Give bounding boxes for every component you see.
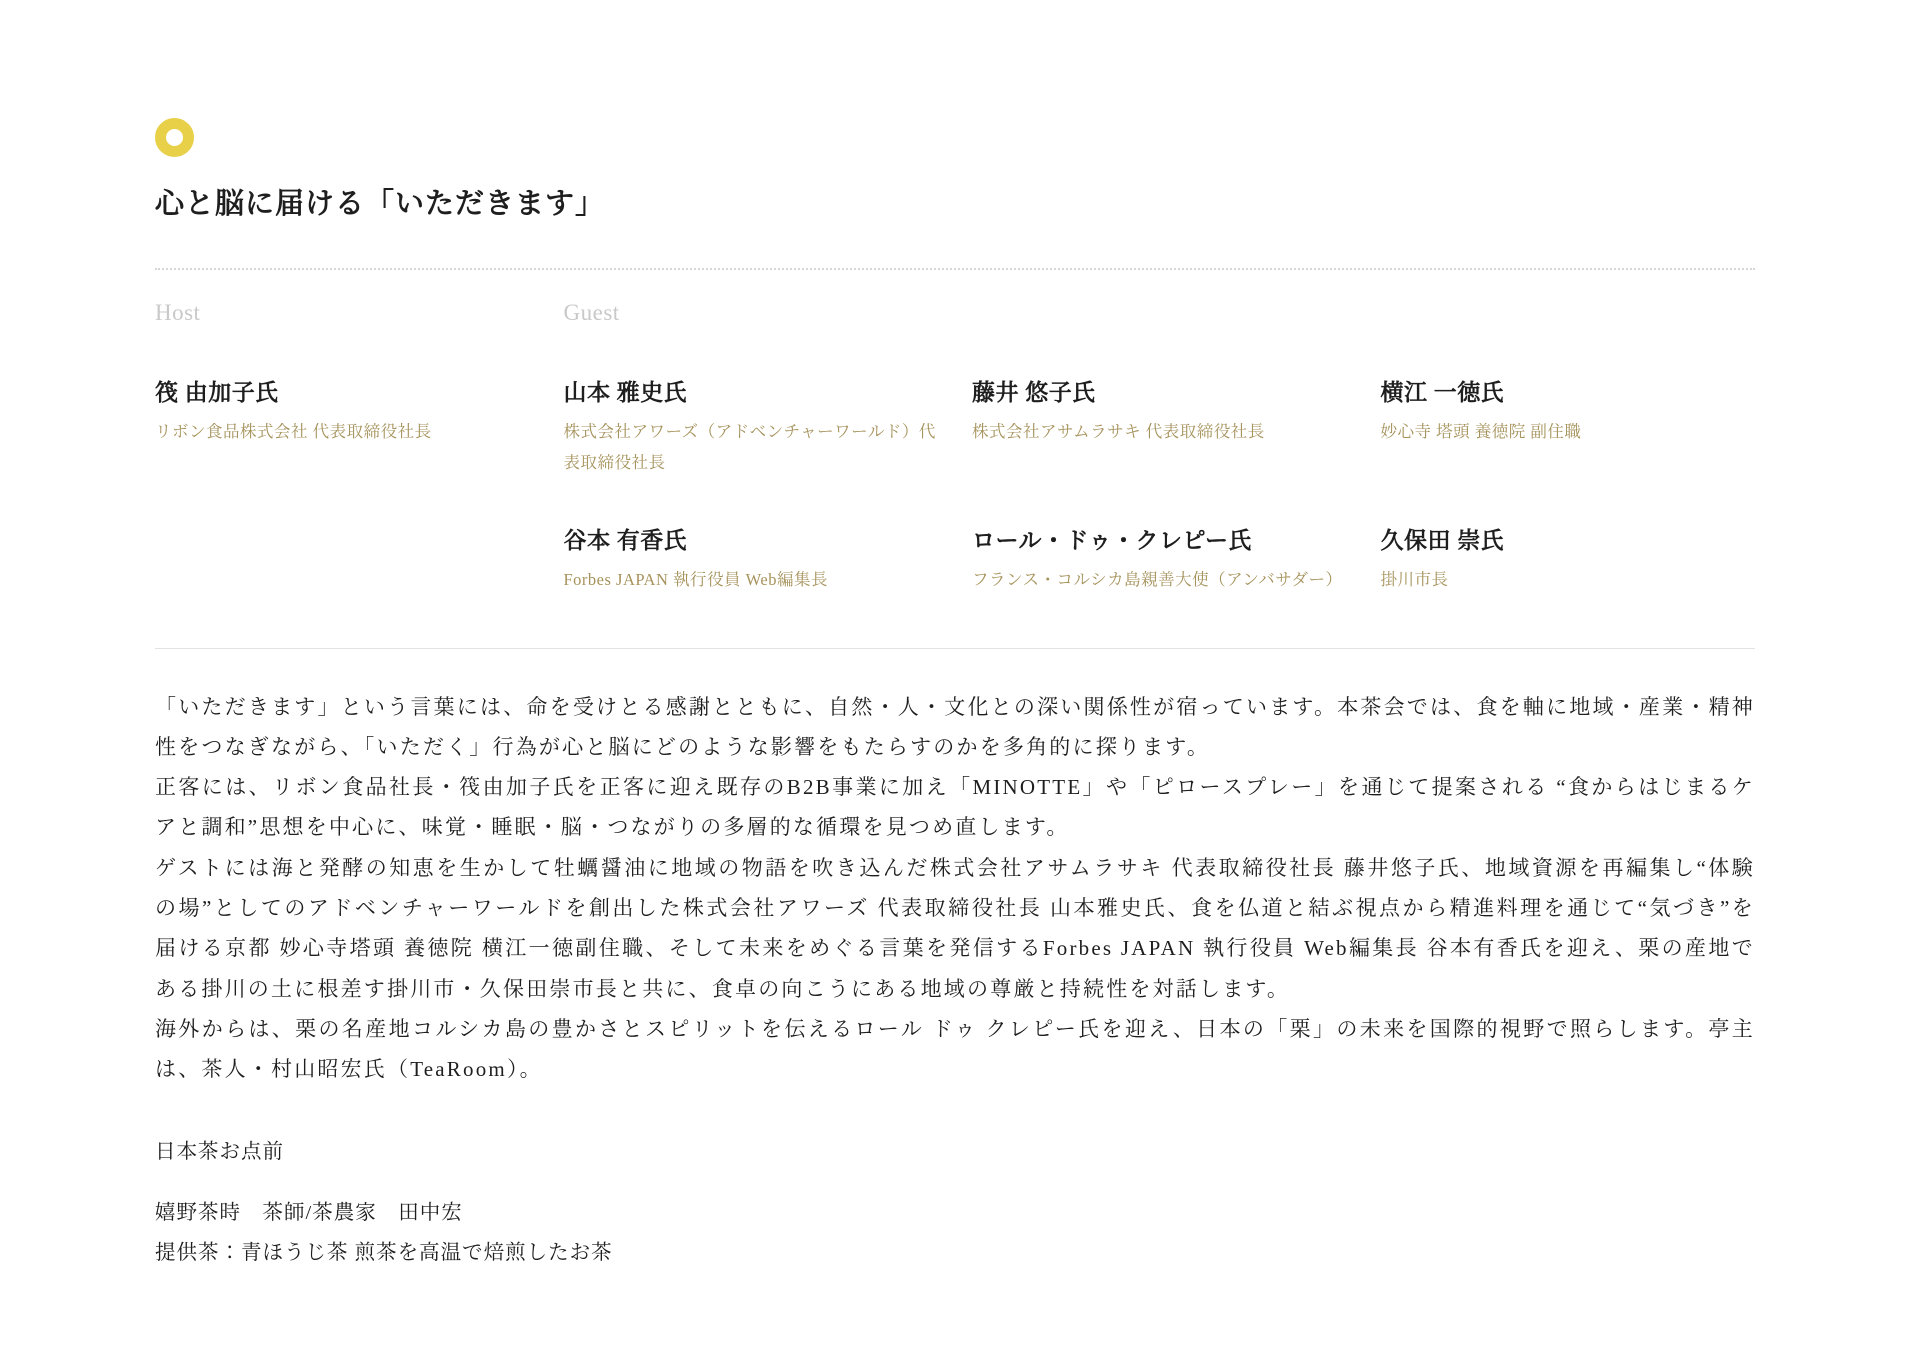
guest-card: 藤井 悠子氏 株式会社アサムラサキ 代表取締役社長 <box>972 374 1347 478</box>
description-paragraph: 海外からは、栗の名産地コルシカ島の豊かさとスピリットを伝えるロール ドゥ クレピ… <box>155 1009 1755 1090</box>
description-paragraph: ゲストには海と発酵の知恵を生かして牡蠣醤油に地域の物語を吹き込んだ株式会社アサム… <box>155 848 1755 1009</box>
page-title: 心と脳に届ける「いただきます」 <box>155 181 1755 222</box>
person-title: 掛川市長 <box>1381 565 1756 596</box>
solid-divider <box>155 648 1755 649</box>
person-name: 山本 雅史氏 <box>564 374 939 407</box>
person-title: リボン食品株式会社 代表取締役社長 <box>155 417 530 448</box>
host-card: 筏 由加子氏 リボン食品株式会社 代表取締役社長 <box>155 374 530 478</box>
guest-card: ロール・ドゥ・クレピー氏 フランス・コルシカ島親善大使（アンバサダー） <box>972 522 1347 596</box>
guest-card: 谷本 有香氏 Forbes JAPAN 執行役員 Web編集長 <box>564 522 939 596</box>
page: 心と脳に届ける「いただきます」 Host Guest 筏 由加子氏 リボン食品株… <box>0 0 1908 1348</box>
guest-card: 久保田 崇氏 掛川市長 <box>1381 522 1756 596</box>
description-paragraph: 正客には、リボン食品社長・筏由加子氏を正客に迎え既存のB2B事業に加え「MINO… <box>155 767 1755 848</box>
person-name: 藤井 悠子氏 <box>972 374 1347 407</box>
person-name: ロール・ドゥ・クレピー氏 <box>972 522 1347 555</box>
host-column-label: Host <box>155 300 530 326</box>
person-name: 筏 由加子氏 <box>155 374 530 407</box>
guest-card: 横江 一徳氏 妙心寺 塔頭 養徳院 副住職 <box>1381 374 1756 478</box>
person-name: 久保田 崇氏 <box>1381 522 1756 555</box>
people-grid: Host Guest 筏 由加子氏 リボン食品株式会社 代表取締役社長 山本 雅… <box>155 300 1755 596</box>
content-area: 心と脳に届ける「いただきます」 Host Guest 筏 由加子氏 リボン食品株… <box>0 0 1908 1274</box>
tea-master-line: 嬉野茶時 茶師/茶農家 田中宏 <box>155 1194 1755 1234</box>
accent-ring-icon <box>155 118 194 157</box>
person-title: Forbes JAPAN 執行役員 Web編集長 <box>564 565 939 596</box>
person-title: 株式会社アサムラサキ 代表取締役社長 <box>972 417 1347 448</box>
guest-column-label: Guest <box>564 300 939 326</box>
person-title: 株式会社アワーズ（アドベンチャーワールド）代表取締役社長 <box>564 417 939 478</box>
tea-section-heading: 日本茶お点前 <box>155 1134 1755 1164</box>
person-title: フランス・コルシカ島親善大使（アンバサダー） <box>972 565 1347 596</box>
dotted-divider <box>155 268 1755 270</box>
description-paragraph: 「いただきます」という言葉には、命を受けとる感謝とともに、自然・人・文化との深い… <box>155 687 1755 768</box>
event-description: 「いただきます」という言葉には、命を受けとる感謝とともに、自然・人・文化との深い… <box>155 687 1755 1090</box>
tea-offering-line: 提供茶：青ほうじ茶 煎茶を高温で焙煎したお茶 <box>155 1234 1755 1274</box>
person-title: 妙心寺 塔頭 養徳院 副住職 <box>1381 417 1756 448</box>
person-name: 横江 一徳氏 <box>1381 374 1756 407</box>
guest-card: 山本 雅史氏 株式会社アワーズ（アドベンチャーワールド）代表取締役社長 <box>564 374 939 478</box>
person-name: 谷本 有香氏 <box>564 522 939 555</box>
tea-ceremony-section: 日本茶お点前 嬉野茶時 茶師/茶農家 田中宏 提供茶：青ほうじ茶 煎茶を高温で焙… <box>155 1134 1755 1274</box>
